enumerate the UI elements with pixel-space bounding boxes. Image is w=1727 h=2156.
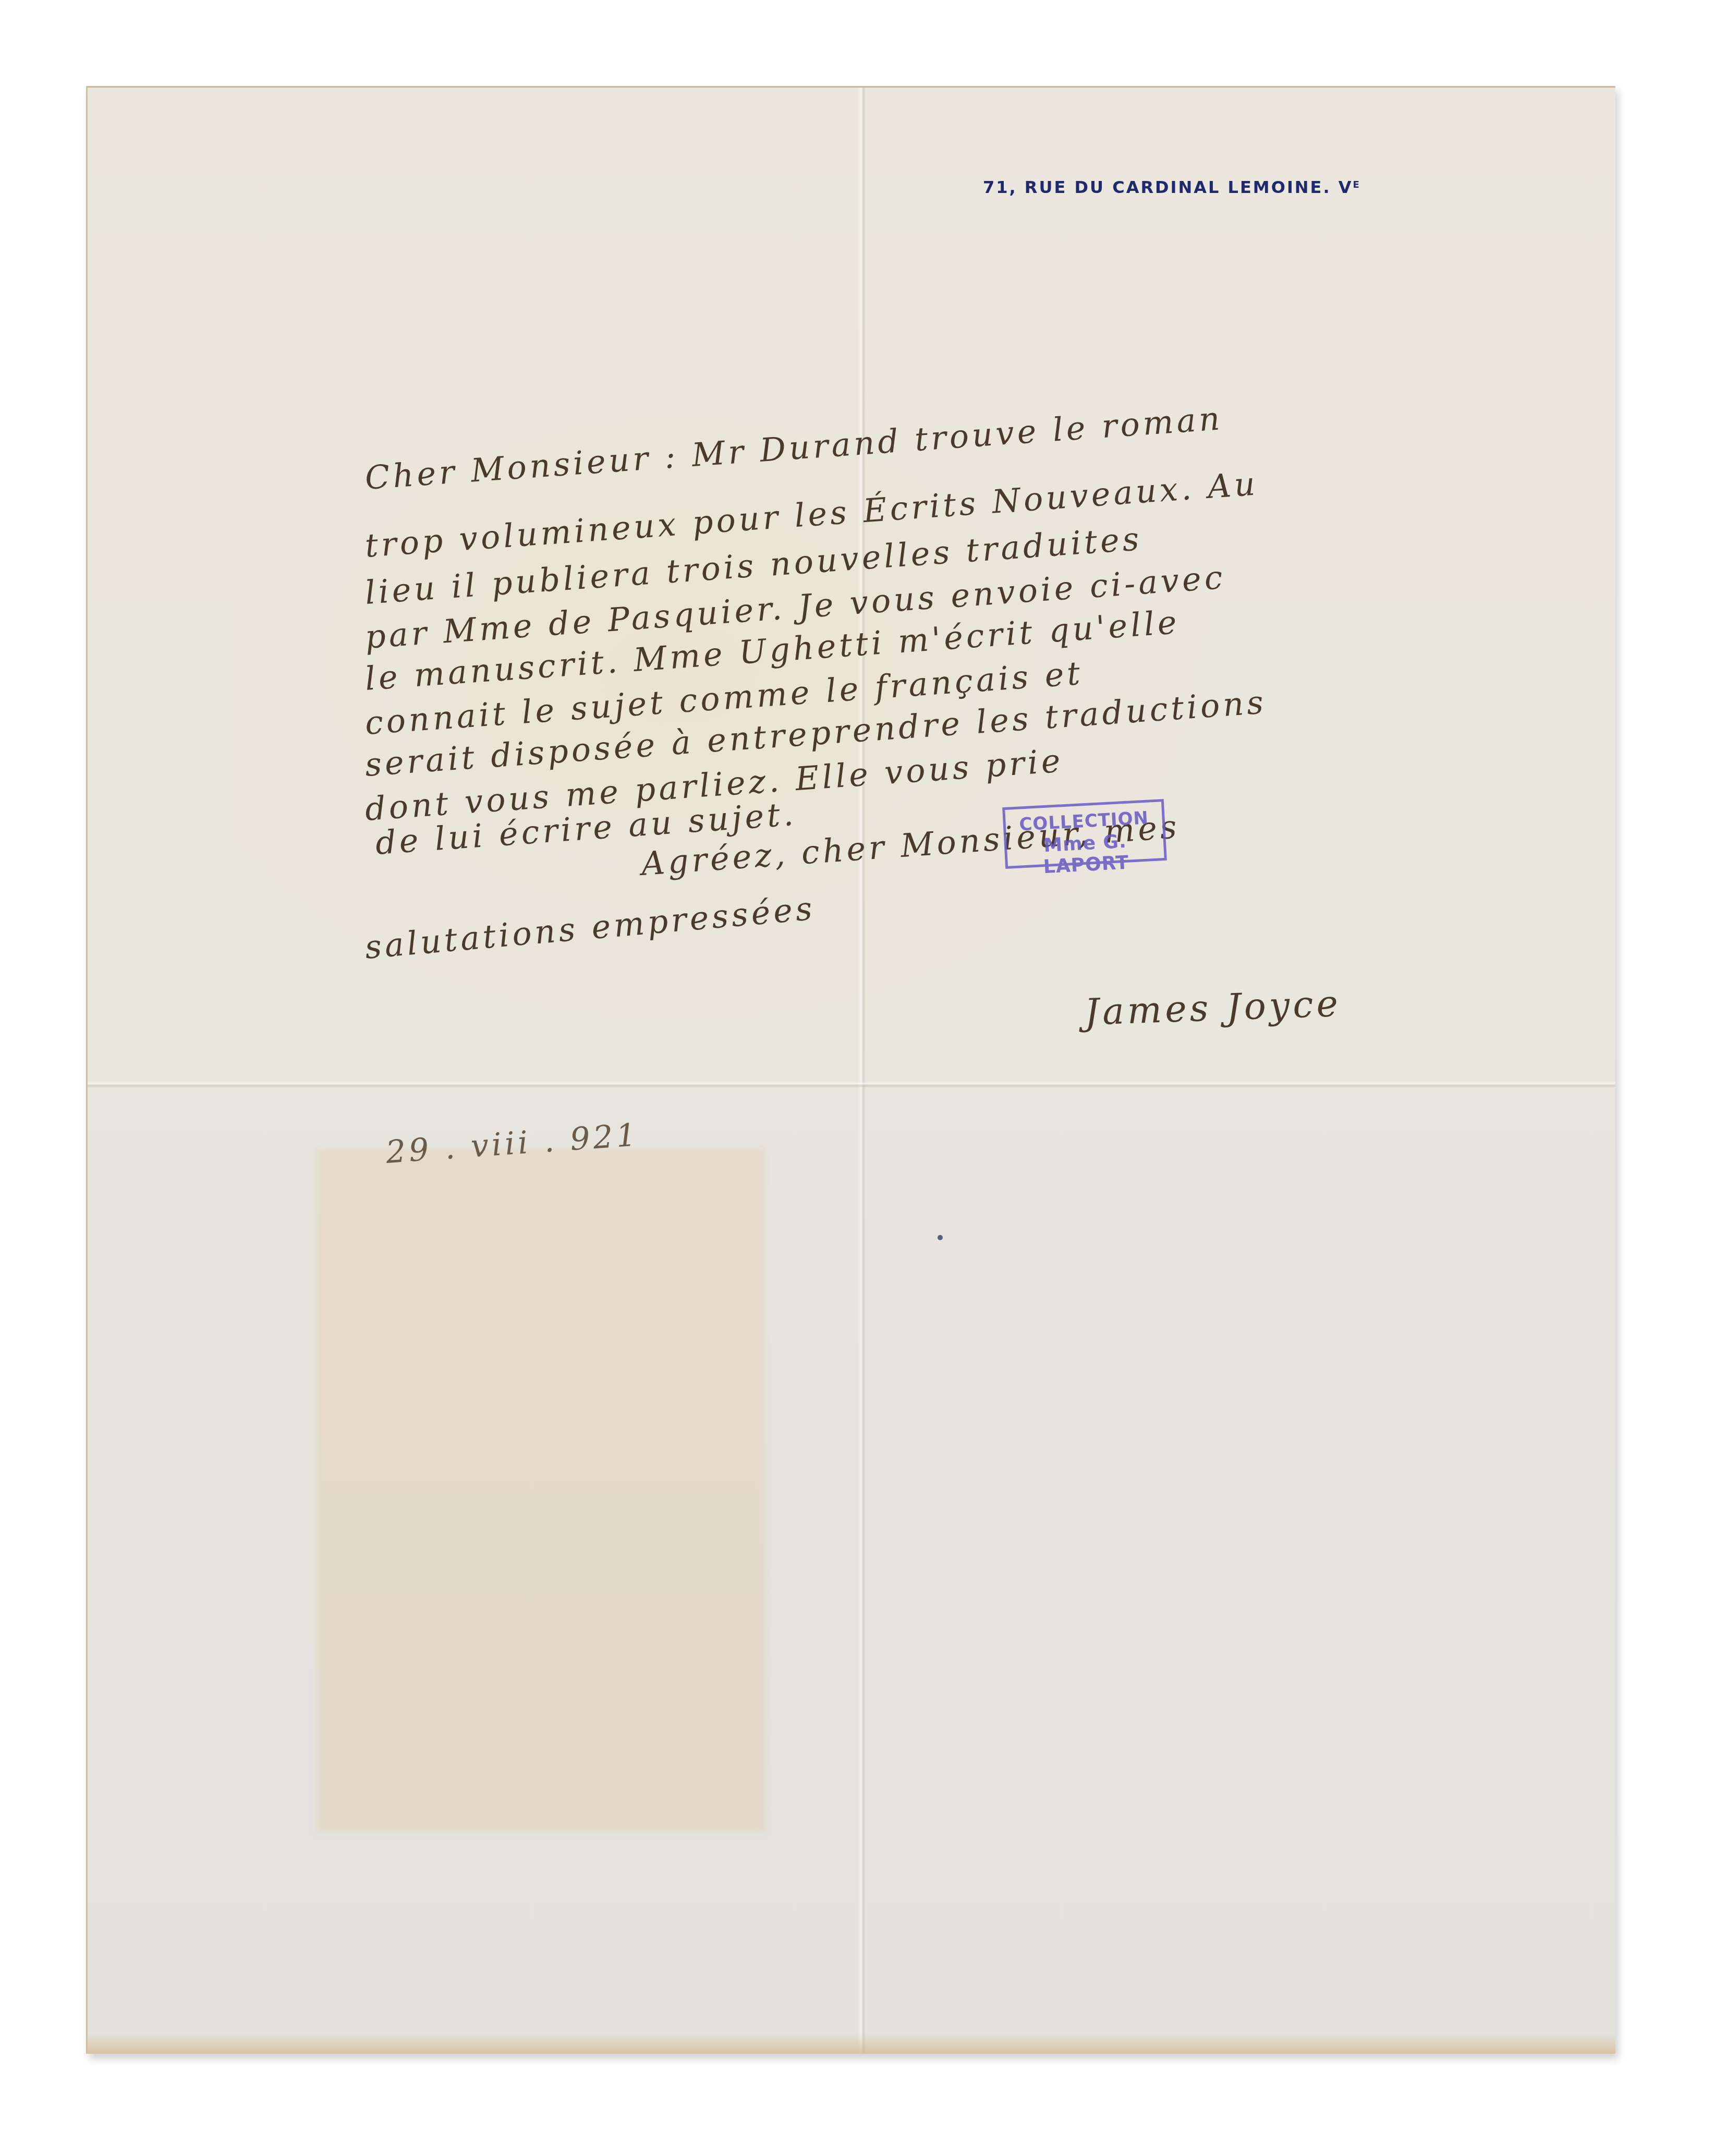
stamp-line-2: Mme G. LAPORT [1006,829,1165,880]
horizontal-fold-line [88,1081,1615,1087]
ink-speck [938,1235,943,1240]
letterhead-address-text: 71, RUE DU CARDINAL LEMOINE. V [983,177,1353,197]
signature: James Joyce [1084,982,1342,1034]
letter-sheet [86,86,1615,2054]
vertical-fold-line [858,88,866,2054]
paper-edge-toning [88,2034,1615,2054]
offset-stain [317,1149,765,1832]
letterhead-address: 71, RUE DU CARDINAL LEMOINE. VE [983,177,1361,197]
collection-stamp: COLLECTION Mme G. LAPORT [1002,799,1167,869]
letterhead-superscript: E [1353,179,1360,190]
